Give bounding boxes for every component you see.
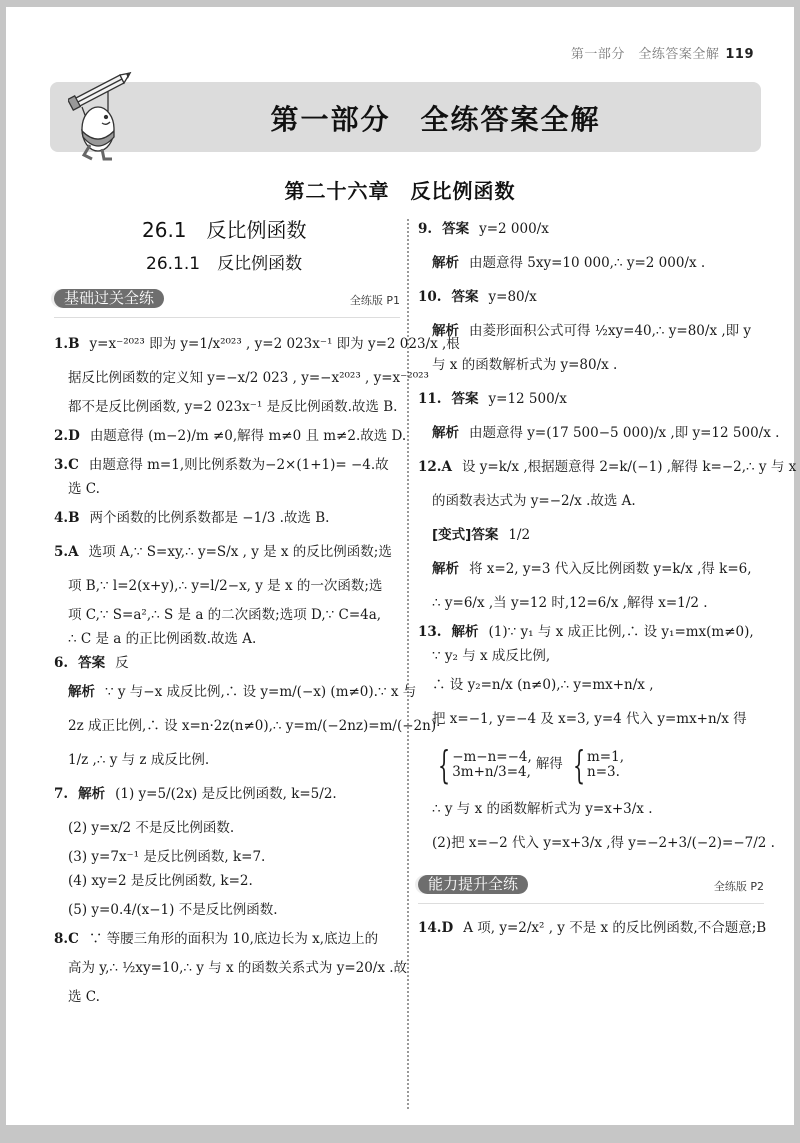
- answer-q13-line2: ∵ y₂ 与 x 成反比例,: [418, 645, 764, 669]
- part-banner: 第一部分 全练答案全解: [50, 82, 761, 152]
- answer-q5-line3: 项 C,∵ S=a²,∴ S 是 a 的二次函数;选项 D,∵ C=4a,: [54, 604, 400, 628]
- answer-q1-line3: 都不是反比例函数, y=2 023x⁻¹ 是反比例函数.故选 B.: [54, 396, 400, 420]
- answer-q6-analysis-line3: 1/z ,∴ y 与 z 成反比例.: [54, 744, 400, 778]
- pencil-mascot-icon: [68, 71, 138, 161]
- answer-q13-line4: 把 x=−1, y=−4 及 x=3, y=4 代入 y=mx+n/x 得: [418, 703, 764, 737]
- running-title: 第一部分 全练答案全解: [571, 47, 720, 62]
- answer-q6-analysis-line2: 2z 成正比例,∴ 设 x=n·2z(n≠0),∴ y=m/(−2nz)=m/(…: [54, 710, 400, 744]
- answer-q13-line5: ∴ y 与 x 的函数解析式为 y=x+3/x .: [418, 793, 764, 827]
- answer-q12-line1: 12.A设 y=k/x ,根据题意得 2=k/(−1) ,解得 k=−2,∴ y…: [418, 451, 764, 485]
- right-column: 9.答案y=2 000/x 解析由题意得 5xy=10 000,∴ y=2 00…: [418, 213, 764, 946]
- column-divider: [407, 219, 409, 1109]
- section-heading: 26.1 反比例函数: [142, 213, 400, 247]
- basic-practice-header: 基础过关全练 全练版 P1: [54, 289, 400, 318]
- answer-q10-analysis-line2: 与 x 的函数解析式为 y=80/x .: [418, 349, 764, 383]
- answer-q8-line1: 8.C∵ 等腰三角形的面积为 10,底边长为 x,底边上的: [54, 928, 400, 952]
- advanced-practice-label: 能力提升全练: [418, 875, 528, 894]
- answer-q5-line1: 5.A选项 A,∵ S=xy,∴ y=S/x , y 是 x 的反比例函数;选: [54, 536, 400, 570]
- advanced-practice-header: 能力提升全练 全练版 P2: [418, 875, 764, 904]
- answer-q2: 2.D由题意得 (m−2)/m ≠0,解得 m≠0 且 m≠2.故选 D.: [54, 420, 400, 454]
- answer-q7-line1: 7.解析(1) y=5/(2x) 是反比例函数, k=5/2.: [54, 778, 400, 812]
- answer-q9-answer: 9.答案y=2 000/x: [418, 213, 764, 247]
- answer-q13-line3: ∴ 设 y₂=n/x (n≠0),∴ y=mx+n/x ,: [418, 669, 764, 703]
- answer-q13-line6: (2)把 x=−2 代入 y=x+3/x ,得 y=−2+3/(−2)=−7/2…: [418, 827, 764, 861]
- answer-q13-line1: 13.解析(1)∵ y₁ 与 x 成正比例,∴ 设 y₁=mx(m≠0),: [418, 621, 764, 645]
- answer-q3-line1: 3.C由题意得 m=1,则比例系数为−2×(1+1)= −4.故: [54, 454, 400, 478]
- answer-q12-analysis-line1: 解析将 x=2, y=3 代入反比例函数 y=k/x ,得 k=6,: [418, 553, 764, 587]
- answer-q7-line2: (2) y=x/2 不是反比例函数.: [54, 812, 400, 846]
- answer-q6-analysis-line1: 解析∵ y 与−x 成反比例,∴ 设 y=m/(−x) (m≠0).∵ x 与: [54, 676, 400, 710]
- answer-q5-line2: 项 B,∵ l=2(x+y),∴ y=l/2−x, y 是 x 的一次函数;选: [54, 570, 400, 604]
- answer-q14-line1: 14.DA 项, y=2/x² , y 不是 x 的反比例函数,不合题意;B: [418, 912, 764, 946]
- answer-q9-analysis: 解析由题意得 5xy=10 000,∴ y=2 000/x .: [418, 247, 764, 281]
- answer-q3-line2: 选 C.: [54, 478, 400, 502]
- answer-q4: 4.B两个函数的比例系数都是 −1/3 .故选 B.: [54, 502, 400, 536]
- running-header: 第一部分 全练答案全解119: [571, 43, 754, 62]
- basic-practice-label: 基础过关全练: [54, 289, 164, 308]
- answer-q8-line2: 高为 y,∴ ½xy=10,∴ y 与 x 的函数关系式为 y=20/x .故: [54, 952, 400, 986]
- equation-system: {−m−n=−4,3m+n/3=4,: [432, 746, 532, 784]
- subsection-heading: 26.1.1 反比例函数: [146, 247, 400, 281]
- answer-q6-answer: 6.答案反: [54, 652, 400, 676]
- chapter-title: 第二十六章 反比例函数: [6, 175, 794, 204]
- answer-q12-analysis-line2: ∴ y=6/x ,当 y=12 时,12=6/x ,解得 x=1/2 .: [418, 587, 764, 621]
- answer-q10-answer: 10.答案y=80/x: [418, 281, 764, 315]
- left-column: 26.1 反比例函数 26.1.1 反比例函数 基础过关全练 全练版 P1 1.…: [54, 213, 400, 1010]
- solution-system: {m=1,n=3.: [567, 746, 624, 784]
- answer-q10-analysis-line1: 解析由菱形面积公式可得 ½xy=40,∴ y=80/x ,即 y: [418, 315, 764, 349]
- banner-title: 第一部分 全练答案全解: [50, 98, 761, 138]
- answer-q12-line2: 的函数表达式为 y=−2/x .故选 A.: [418, 485, 764, 519]
- answer-q1-line2: 据反比例函数的定义知 y=−x/2 023 , y=−x²⁰²³ , y=x⁻²…: [54, 362, 400, 396]
- page-number: 119: [725, 47, 754, 62]
- answer-q1-line1: 1.By=x⁻²⁰²³ 即为 y=1/x²⁰²³ , y=2 023x⁻¹ 即为…: [54, 328, 400, 362]
- answer-q7-line4: (4) xy=2 是反比例函数, k=2.: [54, 870, 400, 894]
- answer-q7-line5: (5) y=0.4/(x−1) 不是反比例函数.: [54, 894, 400, 928]
- basic-practice-ref: 全练版 P1: [350, 295, 400, 306]
- advanced-practice-ref: 全练版 P2: [714, 881, 764, 892]
- answer-q5-line4: ∴ C 是 a 的正比例函数.故选 A.: [54, 628, 400, 652]
- answer-q8-line3: 选 C.: [54, 986, 400, 1010]
- answer-page: 第一部分 全练答案全解119 第一部分 全练答案全解 第二十六章 反比例函数 2…: [6, 7, 794, 1125]
- answer-q11-analysis: 解析由题意得 y=(17 500−5 000)/x ,即 y=12 500/x …: [418, 417, 764, 451]
- answer-q13-system: {−m−n=−4,3m+n/3=4, 解得 {m=1,n=3.: [418, 737, 764, 793]
- answer-q7-line3: (3) y=7x⁻¹ 是反比例函数, k=7.: [54, 846, 400, 870]
- answer-q11-answer: 11.答案y=12 500/x: [418, 383, 764, 417]
- answer-q12-variant: [变式]答案1/2: [418, 519, 764, 553]
